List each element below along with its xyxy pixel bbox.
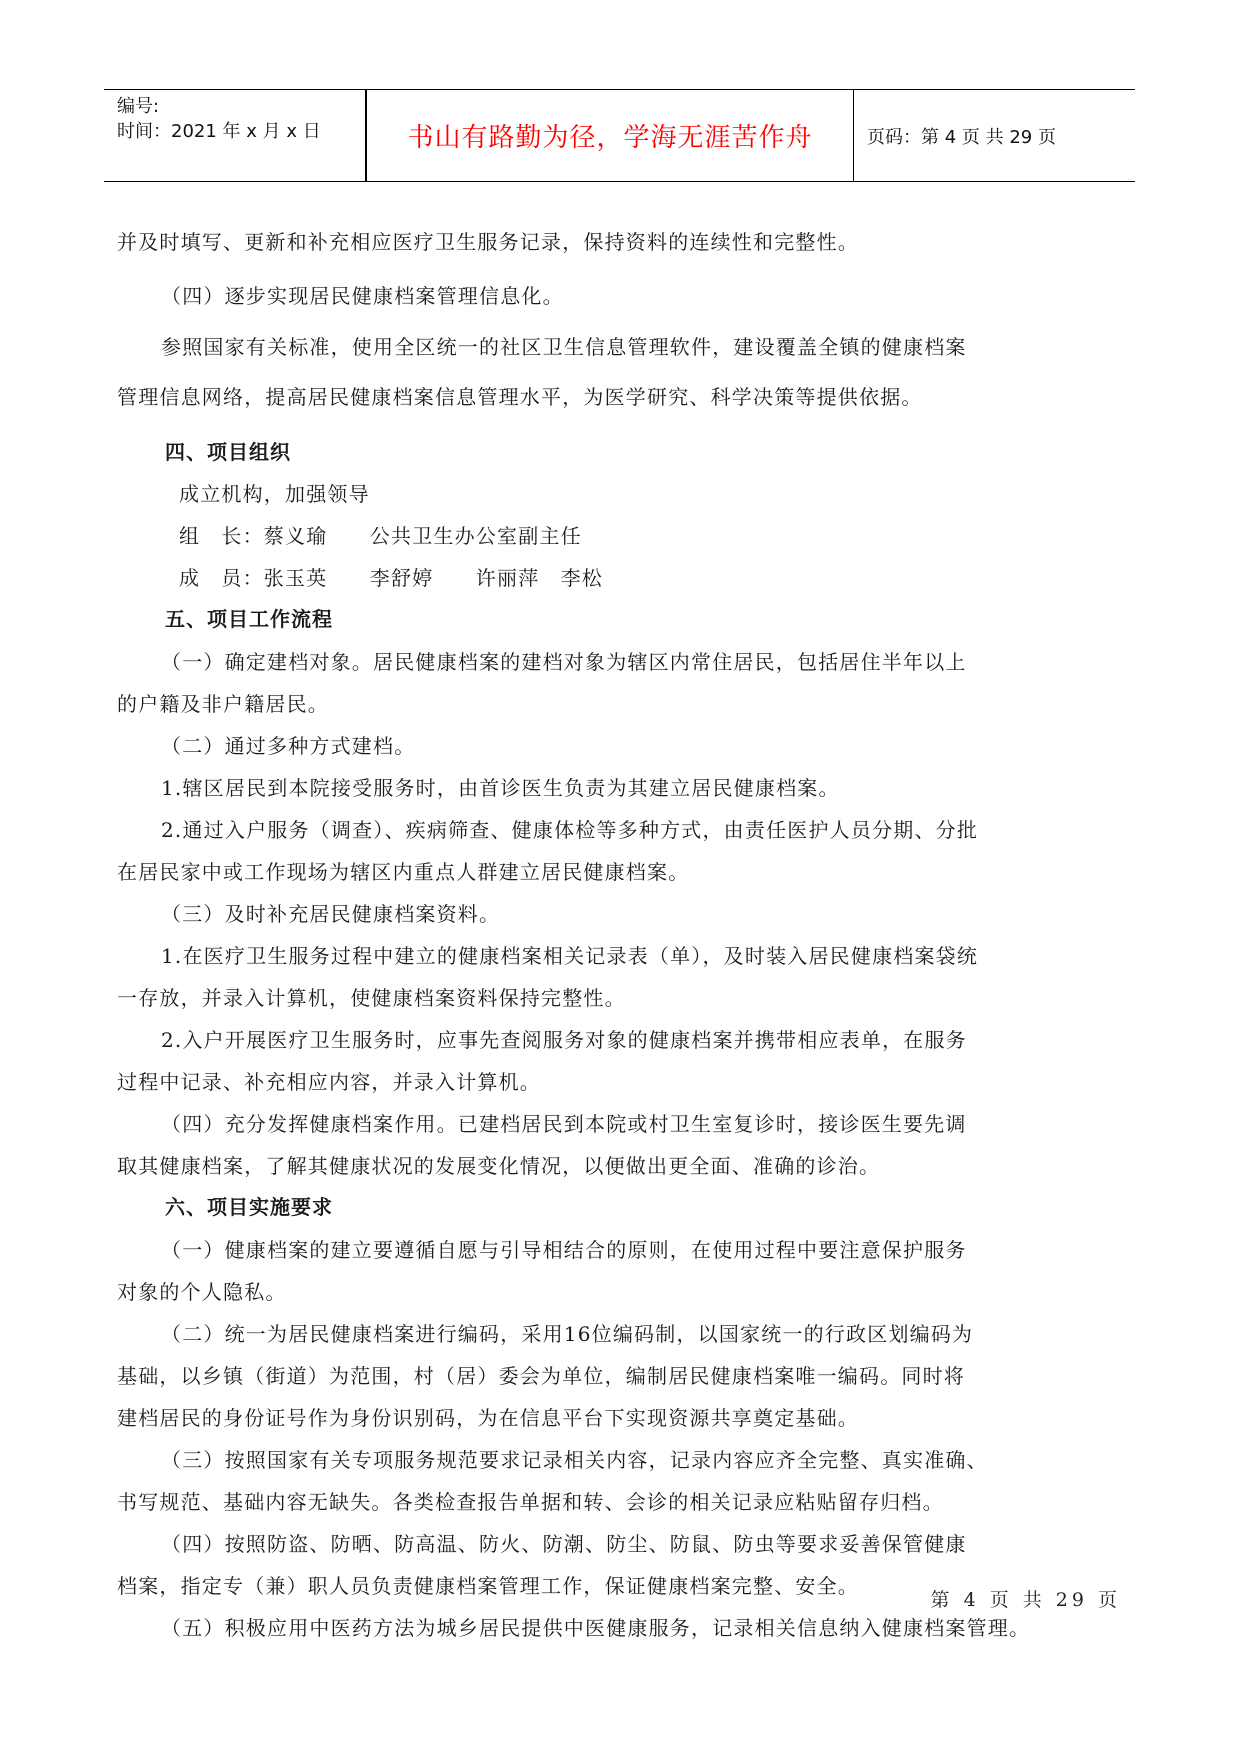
paragraph-line: 成立机构，加强领导 — [179, 480, 370, 508]
paragraph-line: 1.在医疗卫生服务过程中建立的健康档案相关记录表（单），及时装入居民健康档案袋统 — [161, 942, 978, 970]
paragraph-line: 在居民家中或工作现场为辖区内重点人群建立居民健康档案。 — [117, 858, 689, 886]
paragraph-line: （二）统一为居民健康档案进行编码，采用16位编码制，以国家统一的行政区划编码为 — [161, 1320, 973, 1348]
header-page-info: 页码：第 4 页 共 29 页 — [867, 123, 1056, 149]
section-heading: 六、项目实施要求 — [165, 1193, 333, 1221]
paragraph-line: 1.辖区居民到本院接受服务时，由首诊医生负责为其建立居民健康档案。 — [161, 774, 840, 802]
section-heading: 五、项目工作流程 — [165, 605, 333, 633]
paragraph-line: 组 长：蔡义瑜 公共卫生办公室副主任 — [179, 522, 582, 550]
paragraph-line: 的户籍及非户籍居民。 — [117, 690, 329, 718]
paragraph-line: 并及时填写、更新和补充相应医疗卫生服务记录，保持资料的连续性和完整性。 — [117, 228, 859, 256]
paragraph-line: 基础，以乡镇（街道）为范围，村（居）委会为单位，编制居民健康档案唯一编码。同时将 — [117, 1362, 965, 1390]
header-meta-cell: 编号: 时间：2021 年 x 月 x 日 — [104, 90, 367, 181]
paragraph-line: 对象的个人隐私。 — [117, 1278, 287, 1306]
paragraph-line: （五）积极应用中医药方法为城乡居民提供中医健康服务，记录相关信息纳入健康档案管理… — [161, 1614, 1030, 1642]
date-label: 时间：2021 年 x 月 x 日 — [117, 119, 365, 144]
paragraph-line: 2.入户开展医疗卫生服务时，应事先查阅服务对象的健康档案并携带相应表单，在服务 — [161, 1026, 967, 1054]
serial-number-label: 编号: — [117, 94, 365, 119]
paragraph-line: 管理信息网络，提高居民健康档案信息管理水平，为医学研究、科学决策等提供依据。 — [117, 383, 923, 411]
paragraph-line: 参照国家有关标准，使用全区统一的社区卫生信息管理软件，建设覆盖全镇的健康档案 — [161, 333, 967, 361]
page-header: 编号: 时间：2021 年 x 月 x 日 书山有路勤为径，学海无涯苦作舟 页码… — [104, 89, 1135, 182]
paragraph-line: 建档居民的身份证号作为身份识别码，为在信息平台下实现资源共享奠定基础。 — [117, 1404, 859, 1432]
paragraph-line: （一）健康档案的建立要遵循自愿与引导相结合的原则，在使用过程中要注意保护服务 — [161, 1236, 967, 1264]
paragraph-line: 2.通过入户服务（调查）、疾病筛查、健康体检等多种方式，由责任医护人员分期、分批 — [161, 816, 978, 844]
header-motto-cell: 书山有路勤为径，学海无涯苦作舟 — [367, 90, 854, 181]
paragraph-line: （一）确定建档对象。居民健康档案的建档对象为辖区内常住居民，包括居住半年以上 — [161, 648, 967, 676]
motto-text: 书山有路勤为径，学海无涯苦作舟 — [407, 117, 812, 154]
paragraph-line: 过程中记录、补充相应内容，并录入计算机。 — [117, 1068, 541, 1096]
paragraph-line: 一存放，并录入计算机，使健康档案资料保持完整性。 — [117, 984, 626, 1012]
paragraph-line: （四）按照防盗、防晒、防高温、防火、防潮、防尘、防鼠、防虫等要求妥善保管健康 — [161, 1530, 967, 1558]
paragraph-line: （三）按照国家有关专项服务规范要求记录相关内容，记录内容应齐全完整、真实准确、 — [161, 1446, 988, 1474]
section-heading: 四、项目组织 — [165, 438, 291, 466]
subsection-title: （二）通过多种方式建档。 — [161, 732, 415, 760]
subsection-title: （四）逐步实现居民健康档案管理信息化。 — [161, 282, 564, 310]
subsection-title: （三）及时补充居民健康档案资料。 — [161, 900, 500, 928]
header-page-cell: 页码：第 4 页 共 29 页 — [854, 90, 1135, 181]
paragraph-line: （四）充分发挥健康档案作用。已建档居民到本院或村卫生室复诊时，接诊医生要先调 — [161, 1110, 967, 1138]
paragraph-line: 书写规范、基础内容无缺失。各类检查报告单据和转、会诊的相关记录应粘贴留存归档。 — [117, 1488, 944, 1516]
paragraph-line: 取其健康档案，了解其健康状况的发展变化情况，以便做出更全面、准确的诊治。 — [117, 1152, 880, 1180]
paragraph-line: 成 员：张玉英 李舒婷 许丽萍 李松 — [179, 564, 603, 592]
page-footer: 第 4 页 共 29 页 — [931, 1585, 1121, 1612]
paragraph-line: 档案，指定专（兼）职人员负责健康档案管理工作，保证健康档案完整、安全。 — [117, 1572, 859, 1600]
